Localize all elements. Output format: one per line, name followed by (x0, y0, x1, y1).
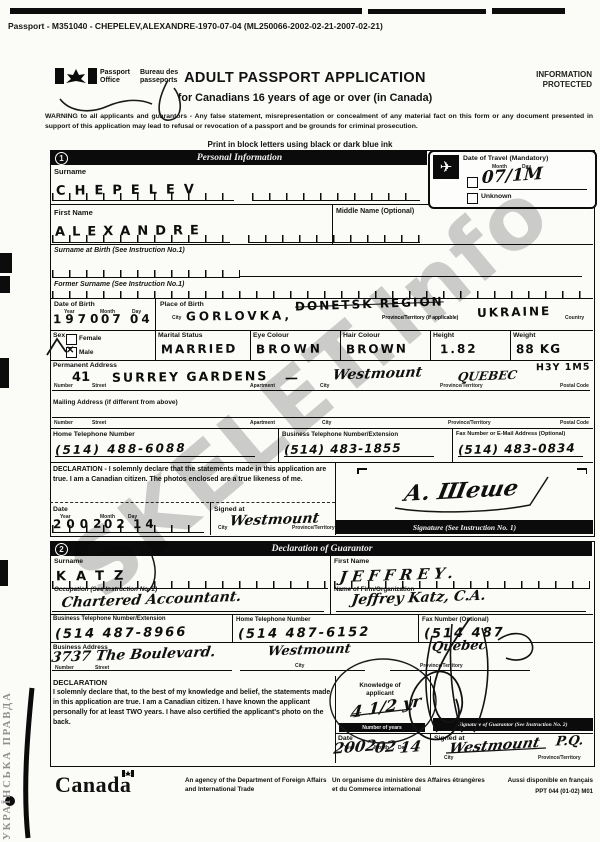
bus-tel-label: Business Telephone Number/Extension (282, 431, 398, 438)
g-signed-prov-label: Province/Territory (538, 755, 581, 761)
g-home-tel-value: (514 487-6152 (238, 625, 371, 642)
side-caption: УКРАЇНСЬКА ПРАВДА (2, 692, 18, 840)
g-surname-label: Surname (54, 558, 83, 565)
addr-postal-label: Postal Code (560, 383, 589, 389)
date-of-travel-label: Date of Travel (Mandatory) (463, 155, 548, 162)
info-protected: INFORMATION PROTECTED (500, 70, 592, 91)
office-name-en: Passport Office (100, 69, 136, 85)
pob-country-label: Country (565, 315, 584, 321)
s1-declaration-text: DECLARATION - I solemnly declare that th… (53, 465, 331, 484)
row-line (50, 428, 593, 429)
surname-value: CHEPELEV (56, 182, 203, 199)
pob-city-value: GORLOVKA, (186, 308, 292, 323)
middle-name-label: Middle Name (Optional) (336, 208, 414, 215)
col-divider (232, 614, 233, 642)
bus-tel-value: (514) 483-1855 (284, 441, 402, 457)
g-bus-tel-value: (514 487-8966 (55, 625, 188, 642)
firm-underline (336, 611, 586, 612)
travel-date-checkbox (467, 177, 478, 188)
maple-leaf-icon (66, 69, 86, 83)
row-line (50, 330, 593, 331)
fax-value: (514) 483-0834 (458, 441, 576, 457)
surname-at-birth-label: Surname at Birth (See Instruction No.1) (54, 247, 185, 254)
mail-prov-label: Province/Territory (448, 420, 491, 426)
g-addr-underline (240, 670, 365, 671)
knowledge-years-label: Number of years (362, 725, 401, 731)
section-1-header: 1 Personal Information (51, 151, 427, 165)
scan-blob (0, 358, 9, 388)
tel-underline (458, 456, 583, 457)
col-divider (250, 330, 251, 360)
pob-province-label: Province/Territory (if applicable) (382, 315, 458, 321)
addr-apartment-value: — (285, 371, 298, 386)
height-label: Height (433, 332, 454, 339)
s1-signed-prov-label: Province/Territory (292, 525, 335, 531)
addr-postal-value: H3Y 1M5 (536, 362, 591, 374)
female-checkbox (66, 334, 77, 345)
mailing-address-line (52, 417, 590, 418)
g-first-name-label: First Name (334, 558, 369, 565)
row-line (50, 360, 593, 361)
dob-day-value: 04 (130, 312, 153, 326)
mail-street-label: Street (92, 420, 106, 426)
row-line (50, 204, 430, 205)
first-name-label: First Name (54, 208, 93, 217)
g-addr-prov-label: Province/Territory (420, 663, 463, 669)
eye-label: Eye Colour (253, 332, 289, 339)
eye-value: BROWN (256, 342, 323, 357)
top-scan-line: Passport - M351040 - CHEPELEV,ALEXANDRE-… (8, 21, 383, 31)
airplane-icon: ✈ (433, 155, 459, 179)
col-divider (210, 502, 211, 535)
tel-underline (284, 456, 434, 457)
print-instruction: Print in block letters using black or da… (150, 140, 450, 149)
g-declaration-text: I solemnly declare that, to the best of … (53, 688, 335, 728)
col-divider (452, 428, 453, 462)
addr-number-value: 41 (72, 370, 90, 385)
g-date-month-value: 02 (374, 737, 397, 757)
weight-label: Weight (513, 332, 536, 339)
g-fax-label: Fax Number (Optional) (422, 616, 489, 623)
form-number: PPT 044 (01-02) M01 (495, 789, 593, 795)
form-title: ADULT PASSPORT APPLICATION (180, 70, 430, 86)
row-line (50, 614, 593, 615)
surname-at-birth-field (52, 262, 240, 278)
row-line (50, 244, 593, 245)
header-scribble (60, 99, 152, 111)
col-divider (155, 298, 156, 330)
addr-street-value: SURREY GARDENS (112, 368, 268, 385)
travel-date-value: 07/1M (482, 164, 544, 188)
addr-prov-value: QUEBEC (457, 368, 518, 384)
scan-edge-curve (26, 688, 32, 838)
pob-city-label: City (172, 315, 181, 321)
col-divider (430, 676, 431, 718)
knowledge-years-bar: Number of years (339, 723, 425, 732)
g-addr-city-value: Westmount (267, 642, 352, 660)
middle-name-field (248, 226, 420, 243)
dob-year-value: 1970 (53, 312, 103, 327)
scan-blob (0, 253, 12, 273)
addr-prov-label: Province/Territory (440, 383, 483, 389)
g-home-tel-label: Home Telephone Number (236, 616, 311, 623)
row-line (335, 733, 593, 734)
col-divider (430, 330, 431, 360)
scanned-passport-application: Passport - M351040 - CHEPELEV,ALEXANDRE-… (0, 0, 600, 842)
surname-at-birth-line (240, 276, 582, 277)
marital-value: MARRIED (161, 342, 237, 357)
mail-apartment-label: Apartment (250, 420, 275, 426)
info-protected-line2: PROTECTED (543, 80, 592, 89)
g-addr-underline (390, 670, 530, 671)
addr-city-label: City (320, 383, 329, 389)
g-bus-tel-label: Business Telephone Number/Extension (53, 616, 166, 622)
home-tel-label: Home Telephone Number (53, 431, 135, 438)
section-2-number: 2 (55, 543, 68, 556)
travel-underline (479, 189, 587, 190)
g-addr-city-label: City (295, 663, 304, 669)
col-divider (510, 330, 511, 360)
g-date-day-value: 14 (399, 737, 422, 757)
g-signature-bar: Signature of Guarantor (See Instruction … (433, 718, 593, 731)
scan-edge-band (492, 8, 565, 14)
g-surname-value: KATZ (56, 569, 134, 585)
s1-signature-bar: Signature (See Instruction No. 1) (336, 520, 593, 534)
marital-label: Marital Status (158, 332, 203, 339)
also-available-fr: Aussi disponible en français (495, 777, 593, 784)
s1-date-month-value: 02 (104, 517, 129, 531)
occ-underline (52, 611, 324, 612)
dob-label: Date of Birth (54, 301, 95, 308)
office-name-fr: Bureau des passeports (140, 69, 184, 85)
section-2-header: 2 Declaration of Guarantor (51, 542, 592, 556)
col-divider (330, 556, 331, 614)
height-value: 1.82 (440, 342, 478, 356)
g-addr-underline (52, 670, 232, 671)
section-1-number: 1 (55, 152, 68, 165)
pob-country-value: UKRAINE (477, 304, 552, 320)
s1-signed-city-label: City (218, 525, 227, 531)
mailing-address-label: Mailing Address (if different from above… (53, 399, 178, 406)
scan-edge-band (10, 8, 362, 14)
col-divider (155, 330, 156, 360)
scan-blob (0, 276, 10, 293)
hair-value: BROWN (346, 342, 408, 357)
s1-date-day-value: 14 (133, 517, 158, 531)
pob-label: Place of Birth (160, 301, 204, 308)
row-line (50, 462, 593, 463)
form-subtitle: for Canadians 16 years of age or over (i… (155, 92, 455, 104)
tel-underline (55, 456, 255, 457)
addr-street-label: Street (92, 383, 106, 389)
mail-postal-label: Postal Code (560, 420, 589, 426)
home-tel-value: (514) 488-6088 (55, 441, 187, 457)
female-label: Female (79, 335, 101, 342)
g-declaration-title: DECLARATION (53, 678, 107, 687)
mail-city-label: City (322, 420, 331, 426)
surname-label: Surname (54, 167, 86, 176)
sex-label: Sex (53, 332, 65, 339)
col-divider (430, 733, 431, 765)
canada-wordmark: Canada (55, 772, 131, 798)
g-addr-prov-value: Quebec (431, 638, 488, 655)
first-name-value: ALEXANDRE (55, 223, 206, 240)
fax-label: Fax Number or E-Mail Address (Optional) (456, 431, 565, 437)
section-2-title: Declaration of Guarantor (72, 544, 572, 554)
col-divider (278, 428, 279, 462)
hair-label: Hair Colour (343, 332, 380, 339)
dob-month-value: 07 (101, 312, 124, 326)
g-signature-bar-label: Signature of Guarantor (See Instruction … (459, 722, 568, 728)
travel-unknown-label: Unknown (481, 193, 512, 200)
s1-date-year-value: 2002 (53, 517, 107, 532)
s1-date-label: Date (53, 506, 68, 513)
sig-corner (586, 468, 588, 474)
agency-text-fr: Un organisme du ministère des Affaires é… (332, 777, 492, 794)
addr-number-label: Number (54, 383, 73, 389)
surname-field-2 (252, 184, 420, 201)
col-divider (418, 614, 419, 642)
s1-signature-bar-label: Signature (See Instruction No. 1) (413, 523, 516, 532)
sig-corner (357, 468, 359, 474)
scan-blob (0, 560, 8, 586)
flag-icon (55, 68, 97, 85)
permanent-address-label: Permanent Address (53, 362, 117, 369)
info-protected-line1: INFORMATION (536, 70, 592, 79)
warning-text: WARNING to all applicants and guarantors… (45, 112, 593, 131)
addr-apartment-label: Apartment (250, 383, 275, 389)
perm-address-line (52, 390, 590, 391)
scan-edge-band (368, 9, 486, 14)
agency-text-en: An agency of the Department of Foreign A… (185, 777, 327, 794)
s1-signed-at-label: Signed at (214, 506, 245, 513)
g-signed-prov-value: P.Q. (555, 734, 585, 750)
male-label: Male (79, 349, 93, 356)
section-1-title: Personal Information (72, 153, 407, 163)
col-divider (340, 330, 341, 360)
mail-number-label: Number (54, 420, 73, 426)
wordmark-flag-icon (122, 770, 134, 777)
weight-value: 88 KG (516, 342, 561, 356)
decl-divider (50, 502, 335, 503)
travel-unknown-checkbox (467, 193, 478, 204)
addr-city-value: Westmount (332, 364, 424, 383)
sig-corner (357, 468, 367, 470)
male-checkbox-mark: ✕ (66, 345, 74, 356)
